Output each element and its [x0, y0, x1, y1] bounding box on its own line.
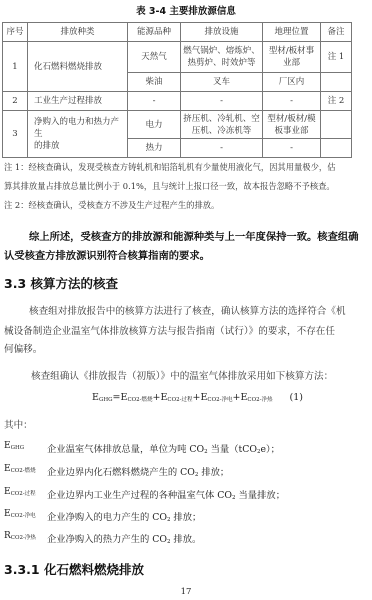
definition-symbol: EGHG: [4, 441, 24, 451]
paragraph-line: 械设备制造企业温室气体排放核算方法与报告指南（试行）》的要求，不存在任: [4, 323, 335, 337]
header-energy: 能源品种: [128, 23, 181, 42]
row-location: -: [263, 92, 321, 111]
row-no: 3: [3, 111, 28, 158]
row-facility: -: [181, 92, 263, 111]
row-no: 2: [3, 92, 28, 111]
table-header-row: 序号 排放种类 能源品种 排放设施 地理位置 备注: [3, 23, 352, 42]
table-row: 2 工业生产过程排放 - - - 注 2: [3, 92, 352, 111]
row-note: 注 2: [321, 92, 352, 111]
type-line: 净购入的电力和热力产生: [34, 116, 125, 140]
equation-number: (1): [290, 392, 303, 403]
row-energy: 电力: [128, 111, 181, 139]
location-line: 板事业部: [265, 125, 318, 137]
paragraph-line: 核查组确认《排放报告（初版）》中的温室气体排放采用如下核算方法：: [31, 368, 333, 382]
definition-row: EGHG 企业温室气体排放总量，单位为吨 CO2 当量（tCO2e）；: [0, 441, 372, 455]
location-line: 型材/板材/模: [265, 113, 318, 125]
table-row: 3 净购入的电力和热力产生的排放 电力 挤压机、冷轧机、空压机、冷冻机等 型材/…: [3, 111, 352, 139]
definition-row: ECO2-燃烧 企业边界内化石燃料燃烧产生的 CO2 排放；: [0, 464, 372, 478]
row-energy: -: [128, 92, 181, 111]
definition-symbol: RCO2-净热: [4, 531, 36, 541]
formula-subscript: CO2-过程: [167, 397, 192, 403]
summary-line-2: 认受核查方排放源识别符合核算指南的要求。: [4, 247, 210, 262]
row-facility: -: [181, 139, 263, 158]
definition-text: 企业净购入的热力产生的 CO2 排放。: [47, 531, 201, 545]
location-line: 业部: [265, 57, 318, 69]
facility-line: 挤压机、冷轧机、空: [183, 113, 260, 125]
definition-text: 企业净购入的电力产生的 CO2 排放；: [47, 509, 201, 523]
facility-line: 压机、冷冻机等: [183, 125, 260, 137]
row-note: 注 1: [321, 42, 352, 73]
location-line: 型材/板材事: [265, 45, 318, 57]
formula-subscript: CO2-净电: [207, 397, 232, 403]
row-note: [321, 139, 352, 158]
definition-row: ECO2-净电 企业净购入的电力产生的 CO2 排放；: [0, 509, 372, 523]
section-heading-3-3-1: 3.3.1 化石燃料燃烧排放: [4, 560, 144, 578]
definition-text: 企业温室气体排放总量，单位为吨 CO2 当量（tCO2e）；: [47, 441, 280, 455]
table-row: 1 化石燃料燃烧排放 天然气 燃气锅炉、熔炼炉、热剪炉、时效炉等 型材/板材事业…: [3, 42, 352, 73]
definition-text: 企业边界内工业生产过程的各种温室气体 CO2 当量排放；: [47, 487, 285, 501]
definition-row: RCO2-净热 企业净购入的热力产生的 CO2 排放。: [0, 531, 372, 545]
row-energy: 天然气: [128, 42, 181, 73]
definition-symbol: ECO2-过程: [4, 487, 36, 497]
page-number: 17: [0, 587, 372, 597]
type-line: 的排放: [34, 140, 125, 152]
header-type: 排放种类: [28, 23, 128, 42]
header-no: 序号: [3, 23, 28, 42]
definition-symbol: ECO2-燃烧: [4, 464, 36, 474]
row-facility: 叉车: [181, 73, 263, 92]
facility-line: 燃气锅炉、熔炼炉、: [183, 45, 260, 57]
formula-subscript: GHG: [99, 397, 113, 403]
section-heading-3-3: 3.3 核算方法的核查: [4, 274, 118, 292]
definition-row: ECO2-过程 企业边界内工业生产过程的各种温室气体 CO2 当量排放；: [0, 487, 372, 501]
row-facility: 挤压机、冷轧机、空压机、冷冻机等: [181, 111, 263, 139]
note-1-line-1: 注 1：经核查确认，发现受核查方铸轧机和铝箔轧机有少量使用液化气，因其用量极少，…: [4, 161, 336, 173]
definition-symbol: ECO2-净电: [4, 509, 36, 519]
formula-subscript: CO2-净热: [247, 397, 272, 403]
note-2: 注 2：经核查确认，受核查方不涉及生产过程产生的排放。: [4, 199, 219, 211]
row-type: 净购入的电力和热力产生的排放: [28, 111, 128, 158]
row-energy: 柴油: [128, 73, 181, 92]
facility-line: 热剪炉、时效炉等: [183, 57, 260, 69]
row-type: 工业生产过程排放: [28, 92, 128, 111]
summary-line-1: 综上所述，受核查方的排放源和能源种类与上一年度保持一致。核查组确: [29, 228, 359, 243]
header-location: 地理位置: [263, 23, 321, 42]
formula-subscript: CO2-燃烧: [127, 397, 152, 403]
row-location: -: [263, 139, 321, 158]
row-no: 1: [3, 42, 28, 92]
row-energy: 热力: [128, 139, 181, 158]
row-location: 型材/板材/模板事业部: [263, 111, 321, 139]
definition-text: 企业边界内化石燃料燃烧产生的 CO2 排放；: [47, 464, 229, 478]
formula-lhs: E: [92, 392, 99, 403]
row-location: 型材/板材事业部: [263, 42, 321, 73]
header-facility: 排放设施: [181, 23, 263, 42]
paragraph-line: 何偏移。: [4, 341, 42, 355]
row-note: [321, 73, 352, 92]
formula: EGHG=ECO2-燃烧+ECO2-过程+ECO2-净电+ECO2-净热 (1): [92, 392, 303, 403]
row-type: 化石燃料燃烧排放: [28, 42, 128, 92]
row-note: [321, 111, 352, 139]
row-facility: 燃气锅炉、熔炼炉、热剪炉、时效炉等: [181, 42, 263, 73]
table-caption: 表 3-4 主要排放源信息: [0, 3, 372, 17]
header-note: 备注: [321, 23, 352, 42]
row-location: 厂区内: [263, 73, 321, 92]
where-label: 其中：: [4, 417, 33, 431]
note-1-line-2: 算其排放量占排放总量比例小于 0.1%，且与统计上报口径一致，故本报告忽略不予核…: [4, 180, 335, 192]
emission-sources-table: 序号 排放种类 能源品种 排放设施 地理位置 备注 1 化石燃料燃烧排放 天然气…: [2, 22, 352, 158]
paragraph-line: 核查组对排放报告中的核算方法进行了核查，确认核算方法的选择符合《机: [29, 303, 346, 317]
